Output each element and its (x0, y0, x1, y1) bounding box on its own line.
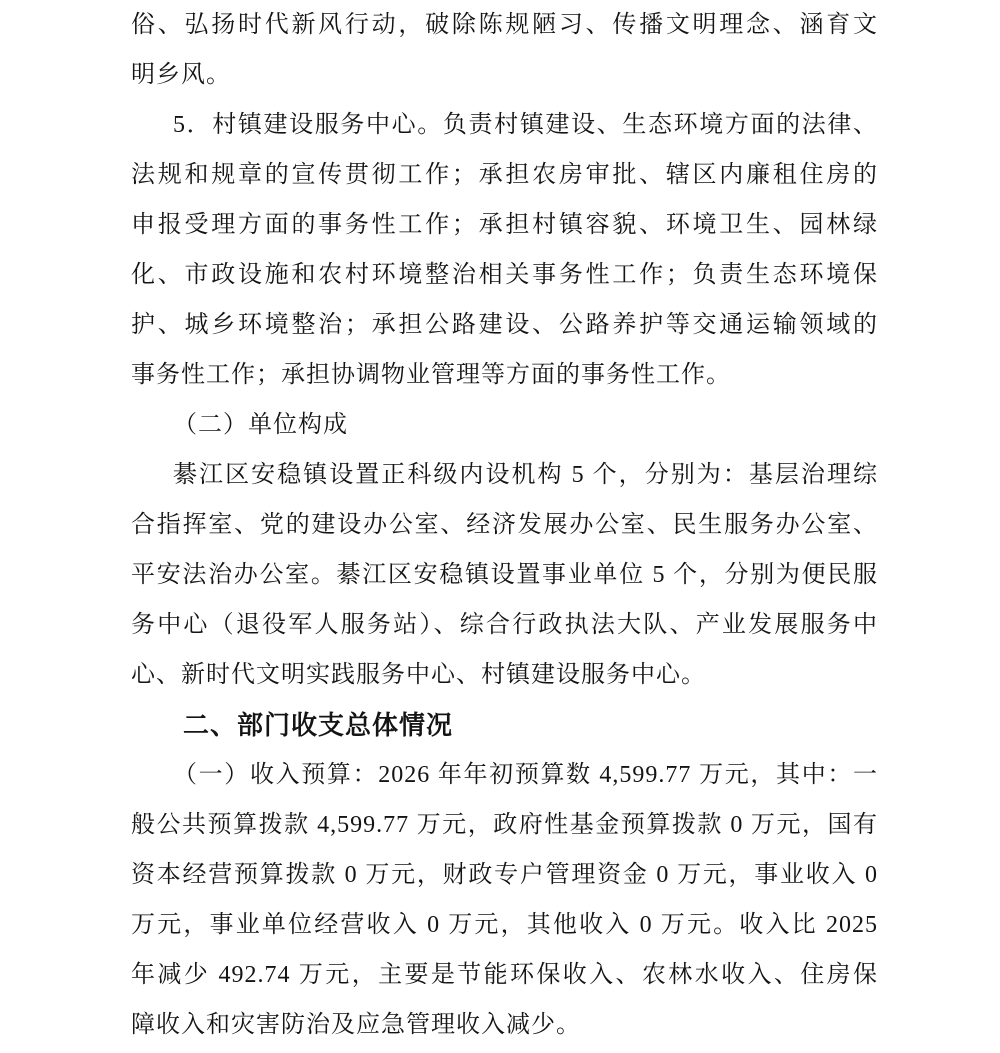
text-line: 平安法治办公室。綦江区安稳镇设置事业单位 5 个，分别为便民服 (131, 550, 878, 600)
text-line: 綦江区安稳镇设置正科级内设机构 5 个，分别为：基层治理综 (131, 450, 878, 500)
text-line: （一）收入预算：2026 年年初预算数 4,599.77 万元，其中：一 (131, 750, 878, 800)
document-page: 俗、弘扬时代新风行动，破除陈规陋习、传播文明理念、涵育文 明乡风。 5．村镇建设… (0, 0, 1000, 1053)
text-line: 法规和规章的宣传贯彻工作；承担农房审批、辖区内廉租住房的 (131, 150, 878, 200)
text-line: 申报受理方面的事务性工作；承担村镇容貌、环境卫生、园林绿 (131, 200, 878, 250)
document-body: 俗、弘扬时代新风行动，破除陈规陋习、传播文明理念、涵育文 明乡风。 5．村镇建设… (131, 0, 878, 1050)
text-line: 心、新时代文明实践服务中心、村镇建设服务中心。 (131, 650, 878, 700)
text-line: 明乡风。 (131, 50, 878, 100)
text-line: 障收入和灾害防治及应急管理收入减少。 (131, 1000, 878, 1050)
text-line: 般公共预算拨款 4,599.77 万元，政府性基金预算拨款 0 万元，国有 (131, 800, 878, 850)
text-line: 俗、弘扬时代新风行动，破除陈规陋习、传播文明理念、涵育文 (131, 0, 878, 50)
text-line: 化、市政设施和农村环境整治相关事务性工作；负责生态环境保 (131, 250, 878, 300)
text-line: 合指挥室、党的建设办公室、经济发展办公室、民生服务办公室、 (131, 500, 878, 550)
text-line: 万元，事业单位经营收入 0 万元，其他收入 0 万元。收入比 2025 (131, 900, 878, 950)
text-line: 5．村镇建设服务中心。负责村镇建设、生态环境方面的法律、 (131, 100, 878, 150)
text-line: 资本经营预算拨款 0 万元，财政专户管理资金 0 万元，事业收入 0 (131, 850, 878, 900)
text-line: 年减少 492.74 万元，主要是节能环保收入、农林水收入、住房保 (131, 950, 878, 1000)
section-heading: 二、部门收支总体情况 (131, 700, 878, 750)
text-line: 务中心（退役军人服务站）、综合行政执法大队、产业发展服务中 (131, 600, 878, 650)
subsection-heading: （二）单位构成 (131, 400, 878, 450)
text-line: 护、城乡环境整治；承担公路建设、公路养护等交通运输领域的 (131, 300, 878, 350)
text-line: 事务性工作；承担协调物业管理等方面的事务性工作。 (131, 350, 878, 400)
